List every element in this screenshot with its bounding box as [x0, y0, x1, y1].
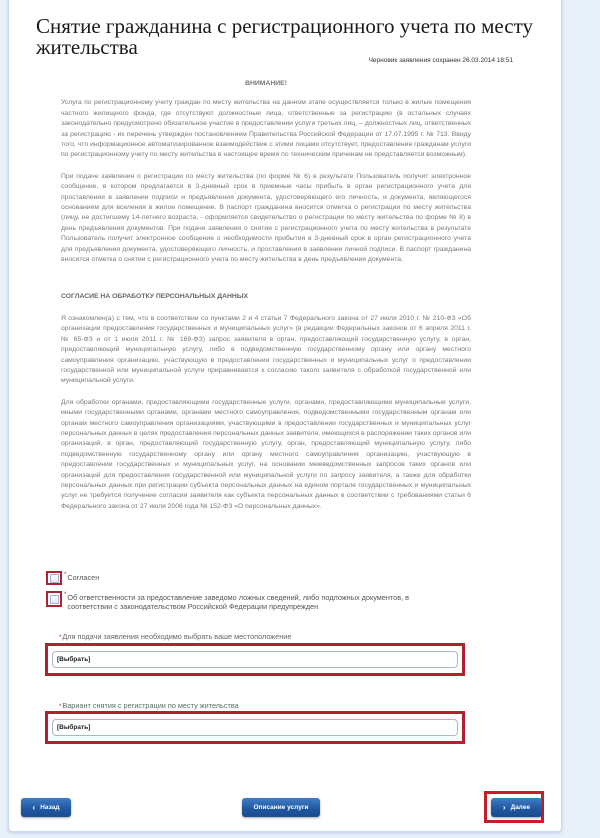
back-button-label: Назад: [40, 804, 59, 811]
liability-checkbox-row[interactable]: * Об ответственности за предоставление з…: [46, 591, 446, 611]
checkbox-highlight: [46, 571, 62, 585]
agree-checkbox-label[interactable]: Согласен: [67, 573, 99, 582]
draft-status: Черновик заявления сохранен 26.03.2014 1…: [369, 57, 513, 64]
consent-heading: СОГЛАСИЕ НА ОБРАБОТКУ ПЕРСОНАЛЬНЫХ ДАННЫ…: [61, 292, 471, 302]
notice-paragraph: Услуга по регистрационному учету граждан…: [61, 98, 471, 160]
agree-checkbox-row[interactable]: * Согласен: [46, 571, 99, 585]
info-content: ВНИМАНИЕ! Услуга по регистрационному уче…: [61, 79, 471, 512]
location-highlight: [Выбрать]: [45, 643, 465, 676]
consent-paragraph: Я ознакомлен(а) с тем, что в соответстви…: [61, 314, 471, 387]
next-button-label: Далее: [511, 804, 531, 811]
checkbox-highlight: [46, 591, 62, 607]
deregistration-option-label: *Вариант снятия с регистрации по месту ж…: [57, 701, 239, 710]
notice-paragraph: При подаче заявления о регистрации по ме…: [61, 172, 471, 266]
page-title: Снятие гражданина с регистрационного уче…: [36, 16, 556, 58]
location-label: *Для подачи заявления необходимо выбрать…: [57, 632, 291, 641]
chevron-right-icon: ›: [503, 803, 506, 812]
location-select[interactable]: [Выбрать]: [52, 651, 458, 668]
back-button[interactable]: ‹ Назад: [21, 798, 71, 817]
required-marker: *: [64, 591, 66, 600]
agree-checkbox[interactable]: [50, 574, 59, 583]
service-description-button[interactable]: Описание услуги: [242, 798, 320, 817]
required-marker: *: [64, 571, 66, 580]
chevron-left-icon: ‹: [33, 803, 36, 812]
liability-checkbox[interactable]: [50, 595, 59, 604]
next-button[interactable]: › Далее: [491, 798, 542, 817]
deregistration-option-select[interactable]: [Выбрать]: [52, 719, 458, 736]
deregistration-option-highlight: [Выбрать]: [45, 711, 465, 744]
attention-heading: ВНИМАНИЕ!: [61, 79, 471, 89]
liability-checkbox-label[interactable]: Об ответственности за предоставление зав…: [67, 593, 412, 611]
consent-paragraph: Для обработки органами, предоставляющими…: [61, 398, 471, 512]
service-description-label: Описание услуги: [253, 804, 308, 811]
